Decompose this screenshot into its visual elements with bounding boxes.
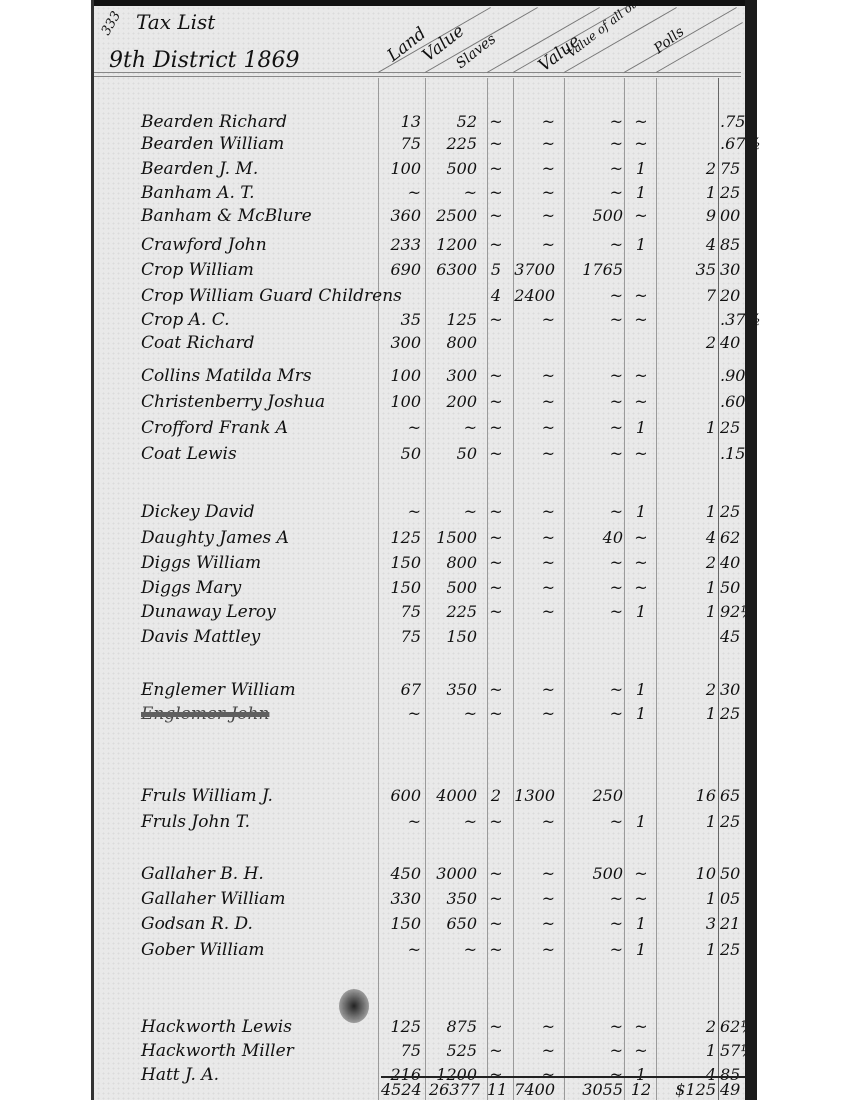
slave-value: ~ [509, 864, 555, 883]
land-value: 6300 [429, 260, 477, 279]
table-row: Crop William Guard Childrens42400~~720 [91, 286, 751, 308]
table-row: Godsan R. D.150650~~~1321 [91, 914, 751, 936]
land-acres: 75 [381, 134, 421, 153]
table-row: Diggs Mary150500~~~~150 [91, 578, 751, 600]
tax-cents: 75 [720, 159, 746, 178]
polls: ~ [629, 578, 653, 597]
tax-dollars: 10 [661, 864, 716, 883]
row-name: Bearden William [141, 134, 284, 154]
tax-cents: 25 [720, 704, 746, 723]
polls: ~ [629, 206, 653, 225]
tax-dollars: 7 [661, 286, 716, 305]
land-value: 350 [429, 889, 477, 908]
slave-count: ~ [487, 418, 505, 437]
polls: 1 [629, 940, 653, 959]
other-taxables-value: ~ [567, 286, 623, 305]
slave-value: ~ [509, 578, 555, 597]
land-value: 800 [429, 333, 477, 352]
slave-value: ~ [509, 235, 555, 254]
total-slave-value: 7400 [509, 1080, 555, 1099]
tax-cents: 62 [720, 528, 746, 547]
tax-cents: 25 [720, 418, 746, 437]
land-acres: 35 [381, 310, 421, 329]
slave-count: ~ [487, 704, 505, 723]
row-name: Dunaway Leroy [141, 602, 276, 622]
tax-cents: .15 [720, 444, 746, 463]
slave-count: ~ [487, 680, 505, 699]
row-name: Bearden J. M. [141, 159, 258, 179]
row-name: Bearden Richard [141, 112, 287, 132]
slave-count: ~ [487, 578, 505, 597]
other-taxables-value: ~ [567, 1041, 623, 1060]
ink-smudge [339, 989, 369, 1023]
slave-count: ~ [487, 366, 505, 385]
table-row: Gober William~~~~~1125 [91, 940, 751, 962]
slave-count: ~ [487, 553, 505, 572]
polls: 1 [629, 704, 653, 723]
row-name: Crop A. C. [141, 310, 230, 330]
slave-count: ~ [487, 159, 505, 178]
polls: ~ [629, 1041, 653, 1060]
total-dollars: $125 [661, 1080, 716, 1099]
tax-cents: 50 [720, 578, 746, 597]
slave-value: ~ [509, 602, 555, 621]
slave-value: ~ [509, 502, 555, 521]
tax-dollars: 4 [661, 235, 716, 254]
slave-count: ~ [487, 528, 505, 547]
land-acres: ~ [381, 183, 421, 202]
tax-cents: 40 [720, 333, 746, 352]
table-row: Fruls William J.6004000213002501665 [91, 786, 751, 808]
land-acres: 600 [381, 786, 421, 805]
polls: ~ [629, 366, 653, 385]
row-name: Englemer William [141, 680, 296, 700]
tax-dollars: 1 [661, 502, 716, 521]
land-value: 500 [429, 159, 477, 178]
row-name: Christenberry Joshua [141, 392, 325, 412]
land-acres: 100 [381, 159, 421, 178]
slave-count: 2 [487, 786, 505, 805]
tax-cents: 92½ [720, 602, 746, 621]
polls: ~ [629, 528, 653, 547]
land-value: 300 [429, 366, 477, 385]
slave-value: ~ [509, 812, 555, 831]
tax-dollars: 1 [661, 602, 716, 621]
land-value: 800 [429, 553, 477, 572]
land-value: 1200 [429, 235, 477, 254]
land-value: ~ [429, 502, 477, 521]
totals-row: 4524 26377 11 7400 3055 12 $125 49 [91, 1080, 751, 1100]
tax-cents: 20 [720, 286, 746, 305]
land-acres: 75 [381, 627, 421, 646]
tax-dollars: 1 [661, 812, 716, 831]
tax-dollars: 2 [661, 333, 716, 352]
other-taxables-value: ~ [567, 310, 623, 329]
other-taxables-value: ~ [567, 704, 623, 723]
slave-value: ~ [509, 889, 555, 908]
other-taxables-value: 500 [567, 864, 623, 883]
land-value: 125 [429, 310, 477, 329]
slave-value: ~ [509, 134, 555, 153]
tax-cents: 00 [720, 206, 746, 225]
land-acres: 75 [381, 1041, 421, 1060]
tax-dollars: 2 [661, 553, 716, 572]
tax-cents: .90 [720, 366, 746, 385]
tax-cents: 30 [720, 680, 746, 699]
row-name: Coat Lewis [141, 444, 237, 464]
table-row: Banham & McBlure3602500~~500~900 [91, 206, 751, 228]
slave-value: 2400 [509, 286, 555, 305]
land-acres: 300 [381, 333, 421, 352]
total-land: 4524 [381, 1080, 421, 1099]
slave-value: ~ [509, 1041, 555, 1060]
polls: 1 [629, 183, 653, 202]
slave-value: ~ [509, 940, 555, 959]
table-row: Davis Mattley7515045 [91, 627, 751, 649]
row-name: Banham & McBlure [141, 206, 312, 226]
slave-value: ~ [509, 553, 555, 572]
land-acres: ~ [381, 940, 421, 959]
slave-value: 3700 [509, 260, 555, 279]
table-row: Crofford Frank A~~~~~1125 [91, 418, 751, 440]
table-row: Bearden J. M.100500~~~1275 [91, 159, 751, 181]
land-acres: 75 [381, 602, 421, 621]
other-taxables-value: ~ [567, 553, 623, 572]
polls: ~ [629, 392, 653, 411]
row-name: Gallaher William [141, 889, 285, 909]
table-row: Dickey David~~~~~1125 [91, 502, 751, 524]
slave-value: ~ [509, 159, 555, 178]
other-taxables-value: ~ [567, 502, 623, 521]
table-row: Crop A. C.35125~~~~.37½ [91, 310, 751, 332]
table-row: Diggs William150800~~~~240 [91, 553, 751, 575]
tax-dollars: 2 [661, 680, 716, 699]
slave-value: ~ [509, 206, 555, 225]
other-taxables-value: ~ [567, 1017, 623, 1036]
tax-cents: 05 [720, 889, 746, 908]
tax-cents: .60 [720, 392, 746, 411]
table-row: Bearden Richard1352~~~~.75 [91, 112, 751, 134]
table-row: Hackworth Miller75525~~~~157½ [91, 1041, 751, 1063]
tax-cents: 21 [720, 914, 746, 933]
tax-cents: 30 [720, 260, 746, 279]
other-taxables-value: 1765 [567, 260, 623, 279]
land-value: 500 [429, 578, 477, 597]
table-row: Hackworth Lewis125875~~~~262½ [91, 1017, 751, 1039]
table-row: Englemer John~~~~~1125 [91, 704, 751, 726]
land-acres: 100 [381, 392, 421, 411]
slave-count: 5 [487, 260, 505, 279]
total-rule [381, 1076, 751, 1078]
polls: 1 [629, 602, 653, 621]
land-acres: 100 [381, 366, 421, 385]
tax-cents: 25 [720, 502, 746, 521]
tax-cents: 40 [720, 553, 746, 572]
row-name: Gober William [141, 940, 264, 960]
land-acres: 233 [381, 235, 421, 254]
tax-dollars: 4 [661, 528, 716, 547]
total-cents: 49 [720, 1080, 746, 1099]
table-row: Gallaher B. H.4503000~~500~1050 [91, 864, 751, 886]
land-acres: 125 [381, 528, 421, 547]
slave-value: ~ [509, 310, 555, 329]
polls: 1 [629, 914, 653, 933]
tax-dollars: 1 [661, 183, 716, 202]
table-row: Crawford John2331200~~~1485 [91, 235, 751, 257]
row-name: Collins Matilda Mrs [141, 366, 312, 386]
slave-value: ~ [509, 680, 555, 699]
other-taxables-value: ~ [567, 235, 623, 254]
page-number: 333 [99, 9, 124, 38]
slave-count: ~ [487, 112, 505, 131]
land-acres: 150 [381, 914, 421, 933]
tax-dollars: 1 [661, 940, 716, 959]
total-polls: 12 [629, 1080, 653, 1099]
slave-count: ~ [487, 914, 505, 933]
slave-count: ~ [487, 502, 505, 521]
slave-count: ~ [487, 602, 505, 621]
slave-count: ~ [487, 940, 505, 959]
table-row: Collins Matilda Mrs100300~~~~.90 [91, 366, 751, 388]
slave-value: ~ [509, 528, 555, 547]
polls: ~ [629, 310, 653, 329]
slave-count: ~ [487, 183, 505, 202]
land-value: 875 [429, 1017, 477, 1036]
table-row: Fruls John T.~~~~~1125 [91, 812, 751, 834]
other-taxables-value: ~ [567, 366, 623, 385]
tax-cents: 25 [720, 183, 746, 202]
land-value: ~ [429, 418, 477, 437]
tax-dollars: 1 [661, 418, 716, 437]
polls: 1 [629, 159, 653, 178]
land-acres: ~ [381, 418, 421, 437]
other-taxables-value: ~ [567, 183, 623, 202]
row-name: Hackworth Lewis [141, 1017, 292, 1037]
land-acres: 50 [381, 444, 421, 463]
table-row: Gallaher William330350~~~~105 [91, 889, 751, 911]
slave-value: ~ [509, 914, 555, 933]
tax-cents: 65 [720, 786, 746, 805]
tax-cents: .37½ [720, 310, 746, 329]
table-row: Daughty James A1251500~~40~462 [91, 528, 751, 550]
ledger-page: 333 Tax List 9th District 1869 Land Valu… [91, 0, 755, 1100]
other-taxables-value: ~ [567, 112, 623, 131]
row-name: Fruls William J. [141, 786, 273, 806]
tax-cents: 25 [720, 940, 746, 959]
land-value: 50 [429, 444, 477, 463]
slave-count: ~ [487, 206, 505, 225]
slave-count: ~ [487, 1041, 505, 1060]
row-name: Crawford John [141, 235, 267, 255]
slave-count: ~ [487, 1017, 505, 1036]
row-name: Hackworth Miller [141, 1041, 294, 1061]
land-value: 350 [429, 680, 477, 699]
polls: 1 [629, 812, 653, 831]
slave-value: ~ [509, 112, 555, 131]
land-value: 225 [429, 602, 477, 621]
column-header-land: Land [384, 24, 430, 66]
slave-value: ~ [509, 444, 555, 463]
column-header-polls: Polls [651, 24, 687, 57]
land-acres: ~ [381, 502, 421, 521]
land-acres: 13 [381, 112, 421, 131]
other-taxables-value: 500 [567, 206, 623, 225]
table-row: Coat Richard300800240 [91, 333, 751, 355]
land-acres: ~ [381, 704, 421, 723]
other-taxables-value: ~ [567, 940, 623, 959]
land-value: 525 [429, 1041, 477, 1060]
other-taxables-value: ~ [567, 159, 623, 178]
slave-value: ~ [509, 392, 555, 411]
tax-dollars: 2 [661, 1017, 716, 1036]
tax-cents: .67½ [720, 134, 746, 153]
polls: ~ [629, 553, 653, 572]
other-taxables-value: ~ [567, 812, 623, 831]
row-name: Banham A. T. [141, 183, 255, 203]
tax-dollars: 35 [661, 260, 716, 279]
title-line-2: 9th District 1869 [109, 48, 300, 73]
table-row: Christenberry Joshua100200~~~~.60 [91, 392, 751, 414]
book-binding-edge [745, 0, 757, 1100]
other-taxables-value: ~ [567, 578, 623, 597]
slave-value: ~ [509, 1017, 555, 1036]
land-value: 3000 [429, 864, 477, 883]
tax-dollars: 9 [661, 206, 716, 225]
tax-cents: 50 [720, 864, 746, 883]
total-other-value: 3055 [567, 1080, 623, 1099]
slave-count: 4 [487, 286, 505, 305]
tax-cents: 62½ [720, 1017, 746, 1036]
land-acres: 150 [381, 578, 421, 597]
polls: 1 [629, 418, 653, 437]
land-value: ~ [429, 183, 477, 202]
title-line-1: Tax List [136, 10, 215, 34]
table-row: Dunaway Leroy75225~~~1192½ [91, 602, 751, 624]
land-acres: ~ [381, 812, 421, 831]
tax-dollars: 1 [661, 704, 716, 723]
tax-cents: .75 [720, 112, 746, 131]
polls: ~ [629, 864, 653, 883]
row-name: Crop William Guard Childrens [141, 286, 402, 306]
row-name: Coat Richard [141, 333, 254, 353]
row-name: Diggs Mary [141, 578, 241, 598]
table-row: Banham A. T.~~~~~1125 [91, 183, 751, 205]
other-taxables-value: ~ [567, 134, 623, 153]
other-taxables-value: ~ [567, 914, 623, 933]
polls: ~ [629, 444, 653, 463]
land-value: 150 [429, 627, 477, 646]
slave-count: ~ [487, 392, 505, 411]
row-name: Dickey David [141, 502, 255, 522]
land-value: 4000 [429, 786, 477, 805]
land-value: ~ [429, 940, 477, 959]
slave-count: ~ [487, 134, 505, 153]
other-taxables-value: ~ [567, 392, 623, 411]
polls: 1 [629, 235, 653, 254]
row-name: Crop William [141, 260, 254, 280]
other-taxables-value: ~ [567, 680, 623, 699]
polls: 1 [629, 502, 653, 521]
row-name: Fruls John T. [141, 812, 250, 832]
tax-dollars: 1 [661, 1041, 716, 1060]
total-slaves: 11 [487, 1080, 505, 1099]
total-land-value: 26377 [429, 1080, 477, 1099]
table-row: Englemer William67350~~~1230 [91, 680, 751, 702]
row-name: Crofford Frank A [141, 418, 288, 438]
row-name: Godsan R. D. [141, 914, 253, 934]
slave-value: ~ [509, 704, 555, 723]
slave-count: ~ [487, 310, 505, 329]
other-taxables-value: ~ [567, 444, 623, 463]
land-value: 650 [429, 914, 477, 933]
table-row: Crop William69063005370017653530 [91, 260, 751, 282]
row-name: Englemer John [141, 704, 269, 724]
land-value: ~ [429, 812, 477, 831]
other-taxables-value: ~ [567, 602, 623, 621]
polls: 1 [629, 680, 653, 699]
slave-value: ~ [509, 183, 555, 202]
table-row: Coat Lewis5050~~~~.15 [91, 444, 751, 466]
tax-cents: 45 [720, 627, 746, 646]
land-acres: 150 [381, 553, 421, 572]
row-name: Davis Mattley [141, 627, 260, 647]
other-taxables-value: 250 [567, 786, 623, 805]
slave-value: ~ [509, 366, 555, 385]
tax-cents: 25 [720, 812, 746, 831]
land-acres: 690 [381, 260, 421, 279]
slave-count: ~ [487, 889, 505, 908]
row-name: Gallaher B. H. [141, 864, 264, 884]
other-taxables-value: 40 [567, 528, 623, 547]
header-rule-2 [91, 76, 741, 77]
land-acres: 125 [381, 1017, 421, 1036]
land-value: ~ [429, 704, 477, 723]
land-value: 200 [429, 392, 477, 411]
polls: ~ [629, 134, 653, 153]
table-row: Bearden William75225~~~~.67½ [91, 134, 751, 156]
tax-cents: 57½ [720, 1041, 746, 1060]
tax-dollars: 1 [661, 889, 716, 908]
slave-count: ~ [487, 812, 505, 831]
slave-count: ~ [487, 864, 505, 883]
row-name: Daughty James A [141, 528, 289, 548]
tax-dollars: 3 [661, 914, 716, 933]
row-name: Diggs William [141, 553, 261, 573]
tax-dollars: 1 [661, 578, 716, 597]
land-acres: 360 [381, 206, 421, 225]
page-left-edge [91, 0, 94, 1100]
polls: ~ [629, 889, 653, 908]
polls: ~ [629, 112, 653, 131]
slave-value: 1300 [509, 786, 555, 805]
land-value: 52 [429, 112, 477, 131]
land-value: 1500 [429, 528, 477, 547]
other-taxables-value: ~ [567, 889, 623, 908]
polls: ~ [629, 1017, 653, 1036]
land-acres: 450 [381, 864, 421, 883]
slave-value: ~ [509, 418, 555, 437]
tax-cents: 85 [720, 235, 746, 254]
land-acres: 330 [381, 889, 421, 908]
slave-count: ~ [487, 444, 505, 463]
polls: ~ [629, 286, 653, 305]
slave-count: ~ [487, 235, 505, 254]
land-acres: 67 [381, 680, 421, 699]
land-value: 2500 [429, 206, 477, 225]
tax-dollars: 16 [661, 786, 716, 805]
tax-dollars: 2 [661, 159, 716, 178]
other-taxables-value: ~ [567, 418, 623, 437]
